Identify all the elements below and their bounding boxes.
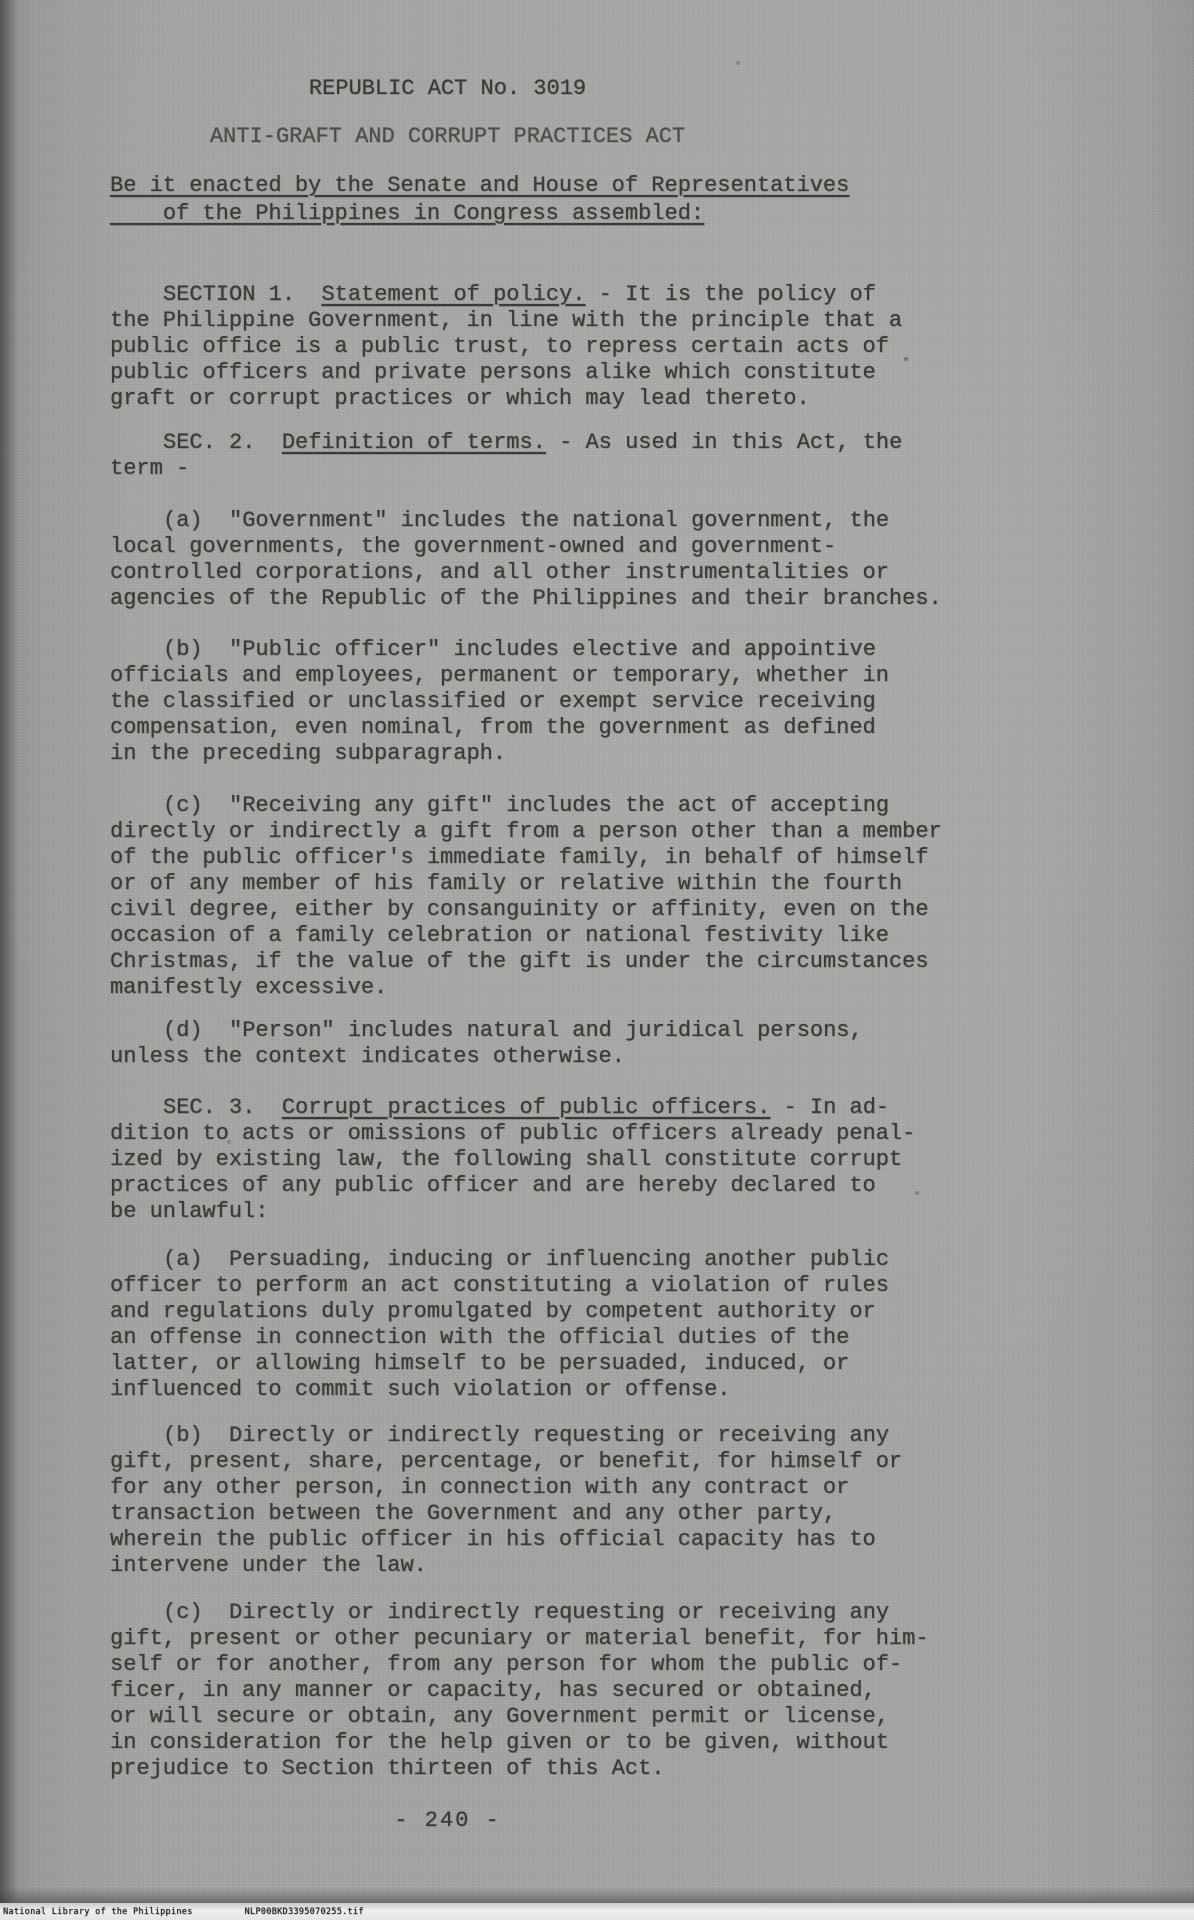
section-3-title: Corrupt practices of public officers. <box>282 1095 770 1120</box>
library-name: National Library of the Philippines <box>3 1899 193 1920</box>
scan-specks <box>0 0 2 2</box>
definition-c-paragraph: (c) "Receiving any gift" includes the ac… <box>110 793 980 1001</box>
section-2-label: SEC. 2. <box>163 430 282 455</box>
definition-d-paragraph: (d) "Person" includes natural and juridi… <box>110 1018 980 1070</box>
definition-a-text: (a) "Government" includes the national g… <box>110 508 942 611</box>
footer-bar: National Library of the Philippines NLP0… <box>0 1903 1194 1920</box>
section-1-label: SECTION 1. <box>163 282 321 307</box>
scanned-page: REPUBLIC ACT No. 3019 ANTI-GRAFT AND COR… <box>0 0 1194 1920</box>
scan-filename: NLP00BKD3395070255.tif <box>245 1899 364 1920</box>
section-1-paragraph: SECTION 1. Statement of policy. - It is … <box>110 282 980 412</box>
act-number-heading: REPUBLIC ACT No. 3019 <box>110 76 785 102</box>
enacting-clause-text: Be it enacted by the Senate and House of… <box>110 173 849 226</box>
definition-a-paragraph: (a) "Government" includes the national g… <box>110 508 980 612</box>
enacting-clause: Be it enacted by the Senate and House of… <box>110 172 980 228</box>
section-1-title: Statement of policy. <box>321 282 585 307</box>
definition-d-text: (d) "Person" includes natural and juridi… <box>110 1018 863 1069</box>
definition-c-text: (c) "Receiving any gift" includes the ac… <box>110 793 942 1000</box>
corrupt-practice-c-text: (c) Directly or indirectly requesting or… <box>110 1600 929 1781</box>
section-2-intro-paragraph: SEC. 2. Definition of terms. - As used i… <box>110 430 980 482</box>
corrupt-practice-a-paragraph: (a) Persuading, inducing or influencing … <box>110 1247 980 1403</box>
definition-b-text: (b) "Public officer" includes elective a… <box>110 637 889 766</box>
corrupt-practice-c-paragraph: (c) Directly or indirectly requesting or… <box>110 1600 980 1782</box>
page-number: - 240 - <box>110 1808 785 1834</box>
section-3-intro-paragraph: SEC. 3. Corrupt practices of public offi… <box>110 1095 980 1225</box>
act-title-heading: ANTI-GRAFT AND CORRUPT PRACTICES ACT <box>110 124 785 150</box>
corrupt-practice-b-text: (b) Directly or indirectly requesting or… <box>110 1423 902 1578</box>
section-2-title: Definition of terms. <box>282 430 546 455</box>
section-3-label: SEC. 3. <box>163 1095 282 1120</box>
left-edge-shadow <box>0 0 18 1920</box>
corrupt-practice-b-paragraph: (b) Directly or indirectly requesting or… <box>110 1423 980 1579</box>
corrupt-practice-a-text: (a) Persuading, inducing or influencing … <box>110 1247 889 1402</box>
definition-b-paragraph: (b) "Public officer" includes elective a… <box>110 637 980 767</box>
